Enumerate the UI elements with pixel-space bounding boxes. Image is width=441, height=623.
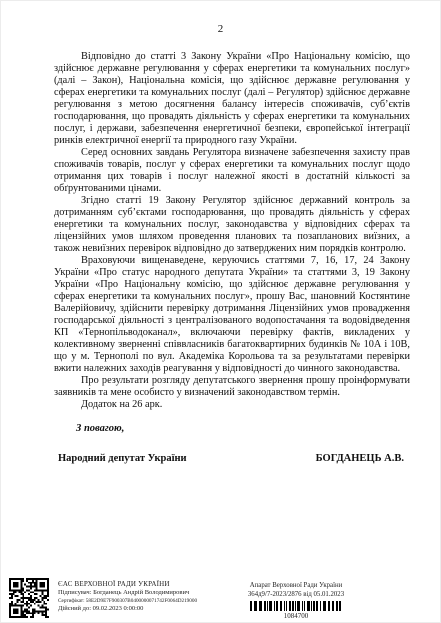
doc-number-line: 364д9/7-2023/2876 від 05.01.2023 xyxy=(238,592,354,599)
eas-system-title: ЄАС ВЕРХОВНОЇ РАДИ УКРАЇНИ xyxy=(58,581,197,588)
paragraph-1: Відповідно до статті 3 Закону України «П… xyxy=(54,51,410,147)
signature-certificate-block: ЄАС ВЕРХОВНОЇ РАДИ УКРАЇНИ Підписувач: Б… xyxy=(58,581,197,614)
barcode-icon xyxy=(250,601,342,611)
signer-line: Підписувач: Богданець Андрій Володимиров… xyxy=(58,590,197,597)
certificate-line: Сертифікат: 58E2D9E7F900307B040000007174… xyxy=(58,599,197,604)
office-line: Апарат Верховної Ради України xyxy=(238,583,354,590)
barcode-number: 1084700 xyxy=(238,613,354,620)
closing-salutation: З повагою, xyxy=(76,423,124,434)
paragraph-6-attachment-note: Додаток на 26 арк. xyxy=(54,399,410,411)
paragraph-4: Враховуючи вищенаведене, керуючись статт… xyxy=(54,255,410,375)
signer-position: Народний депутат України xyxy=(58,453,187,464)
page-number: 2 xyxy=(1,23,440,35)
registration-block: Апарат Верховної Ради України 364д9/7-20… xyxy=(238,583,354,622)
letter-body: Відповідно до статті 3 Закону України «П… xyxy=(54,51,410,411)
signature-row: Народний депутат України БОГДАНЕЦЬ А.В. xyxy=(58,453,404,464)
paragraph-5: Про результати розгляду депутатського зв… xyxy=(54,375,410,399)
document-page: 2 Відповідно до статті 3 Закону України … xyxy=(0,0,441,623)
validity-line: Дійсний до: 09.02.2023 0:00:00 xyxy=(58,606,197,613)
paragraph-3: Згідно статті 19 Закону Регулятор здійсн… xyxy=(54,195,410,255)
signer-name: БОГДАНЕЦЬ А.В. xyxy=(316,453,404,464)
qr-code-icon xyxy=(9,577,49,619)
paragraph-2: Серед основних завдань Регулятора визнач… xyxy=(54,147,410,195)
